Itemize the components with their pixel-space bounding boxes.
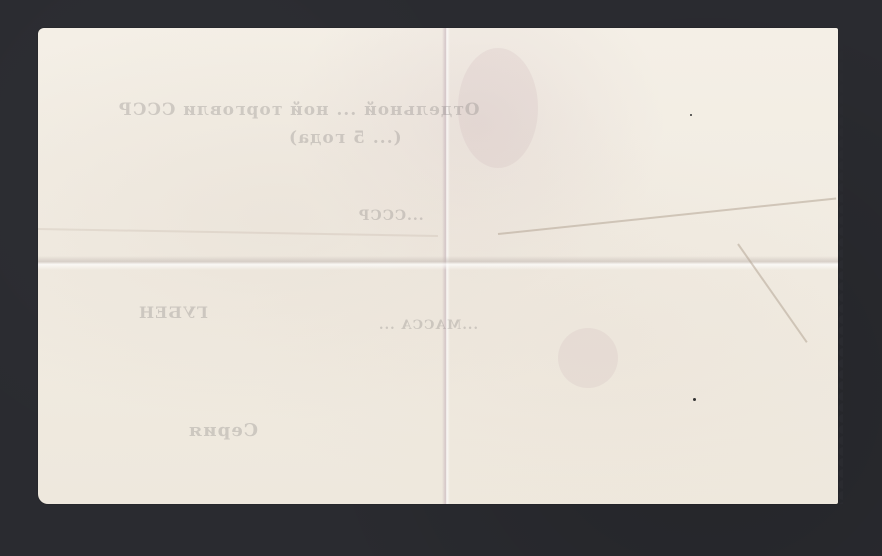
ink-spot bbox=[693, 398, 696, 401]
crease bbox=[498, 197, 836, 235]
ghost-text-line6: Серия bbox=[188, 420, 258, 441]
document-paper: Отдельной ... ной торговли СССР (... 5 г… bbox=[38, 28, 838, 504]
ghost-text-line5: ...МАССА ... bbox=[378, 318, 478, 333]
stain bbox=[558, 328, 618, 388]
ghost-text-line3: ...СССР bbox=[358, 208, 424, 224]
ghost-text-line1: Отдельной ... ной торговли СССР bbox=[118, 100, 480, 120]
crease bbox=[38, 228, 438, 237]
horizontal-fold bbox=[38, 256, 838, 270]
ghost-text-line4: ГУБЕН bbox=[138, 303, 208, 322]
ghost-text-line2: (... 5 года) bbox=[288, 128, 402, 148]
ink-spot bbox=[690, 114, 692, 116]
